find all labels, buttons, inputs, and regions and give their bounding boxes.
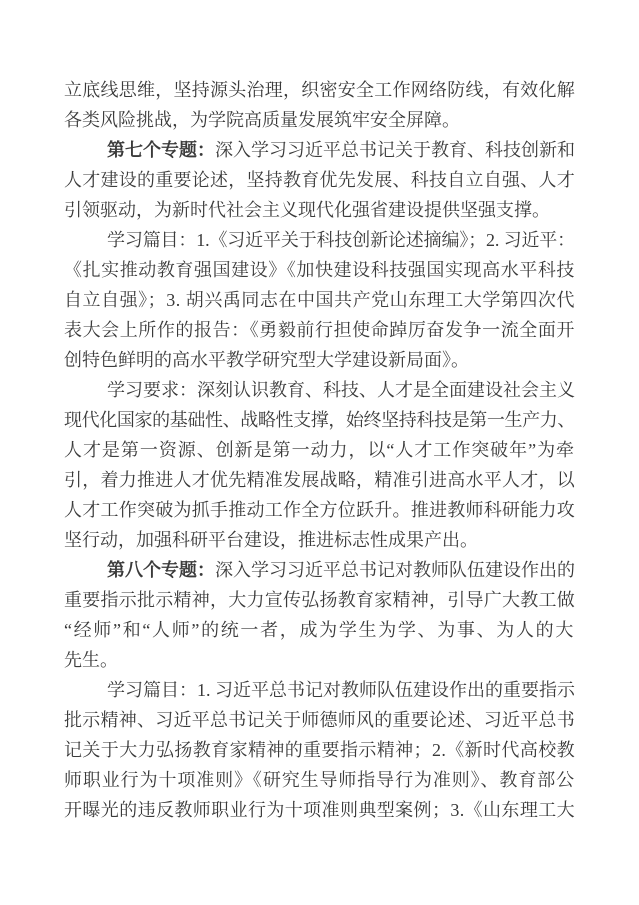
text-line-content: 人才建设的重要论述，坚持教育优先发展、科技自立自强、人才 — [64, 165, 575, 195]
text-line: 人才工作突破为抓手推动工作全方位跃升。推进教师科研能力攻 — [64, 495, 575, 525]
text-line-content: 第八个专题：深入学习习近平总书记对教师队伍建设作出的 — [107, 555, 575, 585]
text-line-content: 开曝光的违反教师职业行为十项准则典型案例；3.《山东理工大 — [64, 795, 575, 825]
text-line-content: 自立自强》；3. 胡兴禹同志在中国共产党山东理工大学第四次代 — [64, 285, 575, 315]
text-line: 人才是第一资源、创新是第一动力，以“人才工作突破年”为牵 — [64, 435, 575, 465]
text-line-content: 学习篇目：1. 习近平总书记对教师队伍建设作出的重要指示 — [107, 675, 575, 705]
text-line-content: 学习要求：深刻认识教育、科技、人才是全面建设社会主义 — [107, 375, 575, 405]
text-line-content: 批示精神、习近平总书记关于师德师风的重要论述、习近平总书 — [64, 705, 575, 735]
text-line-content: 表大会上所作的报告：《勇毅前行担使命踔厉奋发争一流全面开 — [64, 315, 575, 345]
text-line-content: 学习篇目：1.《习近平关于科技创新论述摘编》；2. 习近平： — [107, 225, 575, 255]
text-line: 开曝光的违反教师职业行为十项准则典型案例；3.《山东理工大 — [64, 795, 575, 825]
text-line: 学习篇目：1. 习近平总书记对教师队伍建设作出的重要指示 — [64, 675, 575, 705]
text-line: 表大会上所作的报告：《勇毅前行担使命踔厉奋发争一流全面开 — [64, 315, 575, 345]
text-line: 先生。 — [64, 645, 575, 675]
topic-label: 第八个专题： — [107, 560, 215, 580]
text-line-content: 记关于大力弘扬教育家精神的重要指示精神；2.《新时代高校教 — [64, 735, 575, 765]
text-line: 创特色鲜明的高水平教学研究型大学建设新局面》。 — [64, 345, 575, 375]
text-line: 学习篇目：1.《习近平关于科技创新论述摘编》；2. 习近平： — [64, 225, 575, 255]
text-line: 记关于大力弘扬教育家精神的重要指示精神；2.《新时代高校教 — [64, 735, 575, 765]
text-line: 学习要求：深刻认识教育、科技、人才是全面建设社会主义 — [64, 375, 575, 405]
text-line: 坚行动，加强科研平台建设，推进标志性成果产出。 — [64, 525, 575, 555]
text-line-content: 重要指示批示精神，大力宣传弘扬教育家精神，引导广大教工做 — [64, 585, 575, 615]
text-line: 立底线思维，坚持源头治理，织密安全工作网络防线，有效化解 — [64, 75, 575, 105]
document-page: 立底线思维，坚持源头治理，织密安全工作网络防线，有效化解各类风险挑战，为学院高质… — [0, 0, 639, 905]
text-line-content: 立底线思维，坚持源头治理，织密安全工作网络防线，有效化解 — [64, 75, 575, 105]
text-line-content: 坚行动，加强科研平台建设，推进标志性成果产出。 — [64, 525, 478, 555]
text-line: 自立自强》；3. 胡兴禹同志在中国共产党山东理工大学第四次代 — [64, 285, 575, 315]
text-line-content: 人才是第一资源、创新是第一动力，以“人才工作突破年”为牵 — [64, 435, 575, 465]
text-line: 重要指示批示精神，大力宣传弘扬教育家精神，引导广大教工做 — [64, 585, 575, 615]
text-line: “经师”和“人师”的统一者，成为学生为学、为事、为人的大 — [64, 615, 575, 645]
text-line: 各类风险挑战，为学院高质量发展筑牢安全屏障。 — [64, 105, 575, 135]
document-text-block: 立底线思维，坚持源头治理，织密安全工作网络防线，有效化解各类风险挑战，为学院高质… — [64, 75, 575, 825]
topic-label: 第七个专题： — [107, 140, 215, 160]
text-line: 引，着力推进人才优先精准发展战略，精准引进高水平人才，以 — [64, 465, 575, 495]
text-line: 批示精神、习近平总书记关于师德师风的重要论述、习近平总书 — [64, 705, 575, 735]
text-line: 《扎实推动教育强国建设》《加快建设科技强国实现高水平科技 — [64, 255, 575, 285]
text-line: 人才建设的重要论述，坚持教育优先发展、科技自立自强、人才 — [64, 165, 575, 195]
text-line-content: 师职业行为十项准则》《研究生导师指导行为准则》、教育部公 — [64, 765, 575, 795]
text-line-content: “经师”和“人师”的统一者，成为学生为学、为事、为人的大 — [64, 615, 575, 645]
text-line-content: 引，着力推进人才优先精准发展战略，精准引进高水平人才，以 — [64, 465, 575, 495]
text-line: 引领驱动，为新时代社会主义现代化强省建设提供坚强支撑。 — [64, 195, 575, 225]
text-line-content: 先生。 — [64, 645, 118, 675]
text-line: 现代化国家的基础性、战略性支撑，始终坚持科技是第一生产力、 — [64, 405, 575, 435]
text-line: 师职业行为十项准则》《研究生导师指导行为准则》、教育部公 — [64, 765, 575, 795]
text-line-content: 各类风险挑战，为学院高质量发展筑牢安全屏障。 — [64, 105, 460, 135]
text-line: 第八个专题：深入学习习近平总书记对教师队伍建设作出的 — [64, 555, 575, 585]
text-line: 第七个专题：深入学习习近平总书记关于教育、科技创新和 — [64, 135, 575, 165]
text-line-content: 人才工作突破为抓手推动工作全方位跃升。推进教师科研能力攻 — [64, 495, 575, 525]
text-line-content: 《扎实推动教育强国建设》《加快建设科技强国实现高水平科技 — [64, 255, 575, 285]
text-line-content: 创特色鲜明的高水平教学研究型大学建设新局面》。 — [64, 345, 469, 375]
text-line-content: 引领驱动，为新时代社会主义现代化强省建设提供坚强支撑。 — [64, 195, 550, 225]
text-line-content: 现代化国家的基础性、战略性支撑，始终坚持科技是第一生产力、 — [64, 405, 575, 435]
text-line-content: 第七个专题：深入学习习近平总书记关于教育、科技创新和 — [107, 135, 575, 165]
